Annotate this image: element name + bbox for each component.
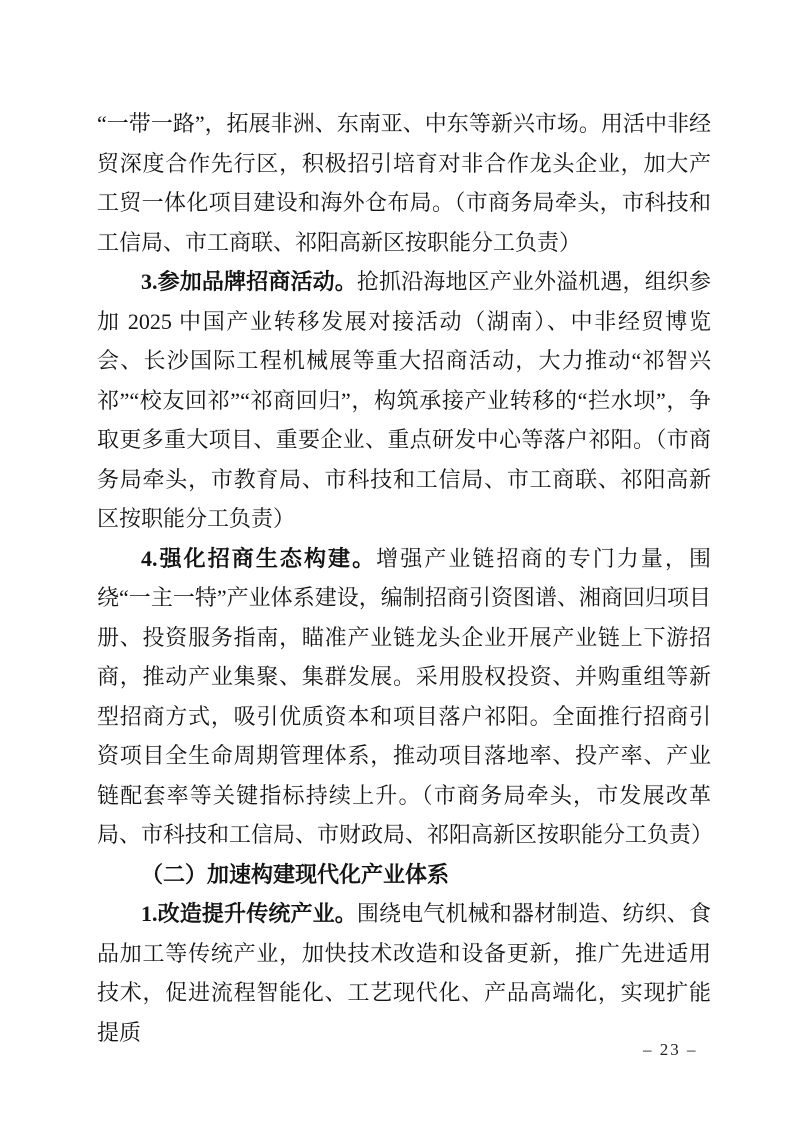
paragraph-item-4: 4.强化招商生态构建。增强产业链招商的专门力量，围绕“一主一特”产业体系建设，编… — [97, 539, 711, 855]
paragraph-text: “一带一路”，拓展非洲、东南亚、中东等新兴市场。用活中非经贸深度合作先行区，积极… — [97, 111, 711, 255]
paragraph-text: 抢抓沿海地区产业外溢机遇，组织参加 2025 中国产业转移发展对接活动（湖南）、… — [97, 269, 711, 531]
paragraph-lead: 4.强化招商生态构建。 — [141, 546, 376, 571]
document-body: “一带一路”，拓展非洲、东南亚、中东等新兴市场。用活中非经贸深度合作先行区，积极… — [97, 104, 711, 1052]
paragraph-continuation: “一带一路”，拓展非洲、东南亚、中东等新兴市场。用活中非经贸深度合作先行区，积极… — [97, 104, 711, 262]
section-heading: （二）加速构建现代化产业体系 — [97, 855, 711, 895]
paragraph-item-1: 1.改造提升传统产业。围绕电气机械和器材制造、纺织、食品加工等传统产业，加快技术… — [97, 894, 711, 1052]
section-heading-text: （二）加速构建现代化产业体系 — [141, 862, 449, 887]
paragraph-lead: 1.改造提升传统产业。 — [141, 901, 357, 926]
paragraph-item-3: 3.参加品牌招商活动。抢抓沿海地区产业外溢机遇，组织参加 2025 中国产业转移… — [97, 262, 711, 539]
paragraph-lead: 3.参加品牌招商活动。 — [141, 269, 357, 294]
page-number: – 23 – — [643, 1040, 698, 1060]
paragraph-text: 增强产业链招商的专门力量，围绕“一主一特”产业体系建设，编制招商引资图谱、湘商回… — [97, 546, 713, 848]
document-page: “一带一路”，拓展非洲、东南亚、中东等新兴市场。用活中非经贸深度合作先行区，积极… — [0, 0, 793, 1122]
